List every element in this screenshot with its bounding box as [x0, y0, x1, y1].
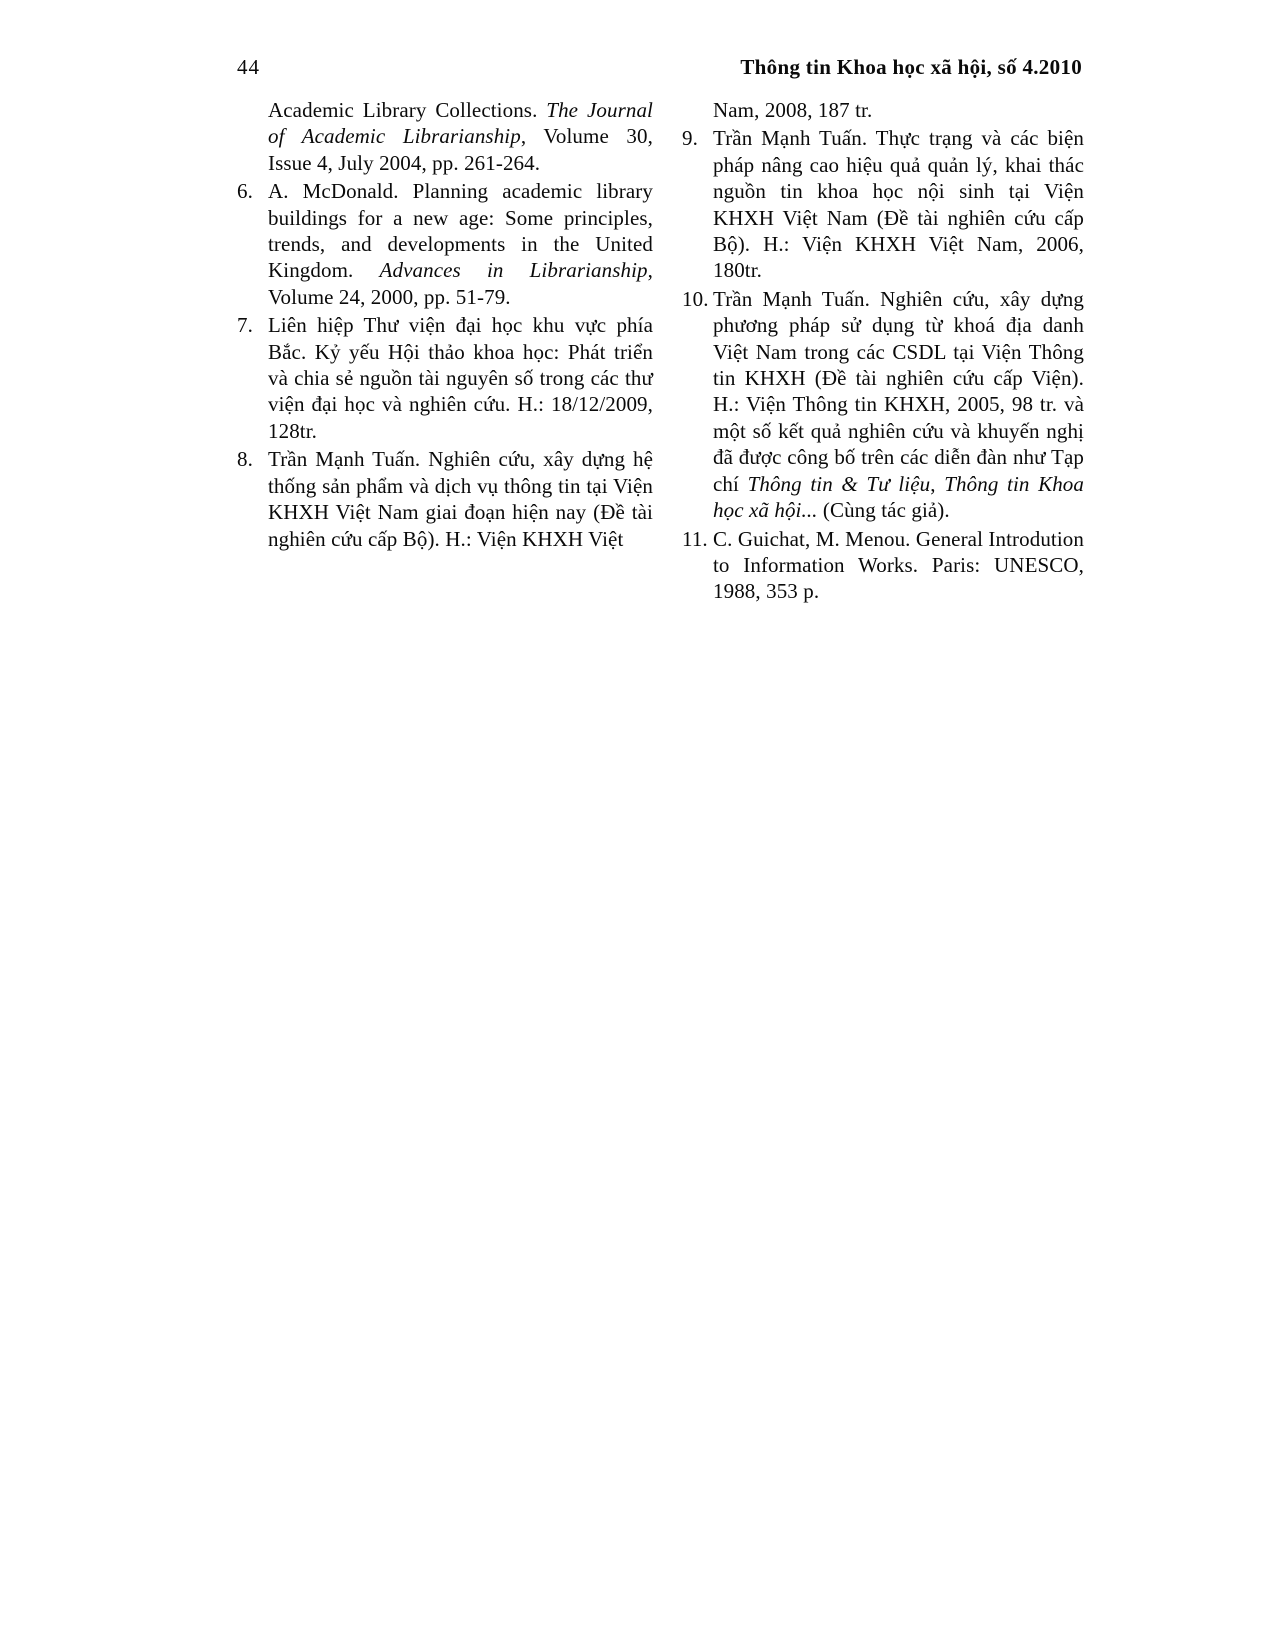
reference-number: 7.: [237, 312, 253, 338]
reference-item: 6.A. McDonald. Planning academic library…: [237, 178, 653, 310]
reference-text: C. Guichat, M. Menou. General Introdutio…: [713, 527, 1084, 604]
reference-text: Academic Library Collections. The Journa…: [268, 98, 653, 175]
reference-text: Trần Mạnh Tuấn. Thực trạng và các biện p…: [713, 126, 1084, 282]
reference-item: 8.Trần Mạnh Tuấn. Nghiên cứu, xây dựng h…: [237, 446, 653, 552]
reference-number: 11.: [682, 526, 708, 552]
reference-item: 10.Trần Mạnh Tuấn. Nghiên cứu, xây dựng …: [682, 286, 1084, 524]
reference-item: Academic Library Collections. The Journa…: [237, 97, 653, 176]
journal-header-title: Thông tin Khoa học xã hội, số 4.2010: [740, 55, 1082, 80]
reference-text: Nam, 2008, 187 tr.: [713, 98, 872, 122]
reference-number: 9.: [682, 125, 698, 151]
reference-item: 7.Liên hiệp Thư viện đại học khu vực phí…: [237, 312, 653, 444]
reference-item: 11.C. Guichat, M. Menou. General Introdu…: [682, 526, 1084, 605]
references-section: Academic Library Collections. The Journa…: [237, 97, 1084, 605]
page-header: 44 Thông tin Khoa học xã hội, số 4.2010: [237, 55, 1082, 80]
references-column-right: Nam, 2008, 187 tr.9.Trần Mạnh Tuấn. Thực…: [682, 97, 1084, 605]
reference-number: 6.: [237, 178, 253, 204]
reference-item: Nam, 2008, 187 tr.: [682, 97, 1084, 123]
reference-number: 10.: [682, 286, 709, 312]
reference-text: A. McDonald. Planning academic library b…: [268, 179, 653, 309]
reference-text: Liên hiệp Thư viện đại học khu vực phía …: [268, 313, 653, 443]
reference-text: Trần Mạnh Tuấn. Nghiên cứu, xây dựng hệ …: [268, 447, 653, 550]
reference-item: 9.Trần Mạnh Tuấn. Thực trạng và các biện…: [682, 125, 1084, 283]
references-column-left: Academic Library Collections. The Journa…: [237, 97, 653, 605]
document-page: 44 Thông tin Khoa học xã hội, số 4.2010 …: [0, 0, 1274, 1649]
reference-text: Trần Mạnh Tuấn. Nghiên cứu, xây dựng phư…: [713, 287, 1084, 522]
reference-number: 8.: [237, 446, 253, 472]
page-number: 44: [237, 55, 260, 80]
